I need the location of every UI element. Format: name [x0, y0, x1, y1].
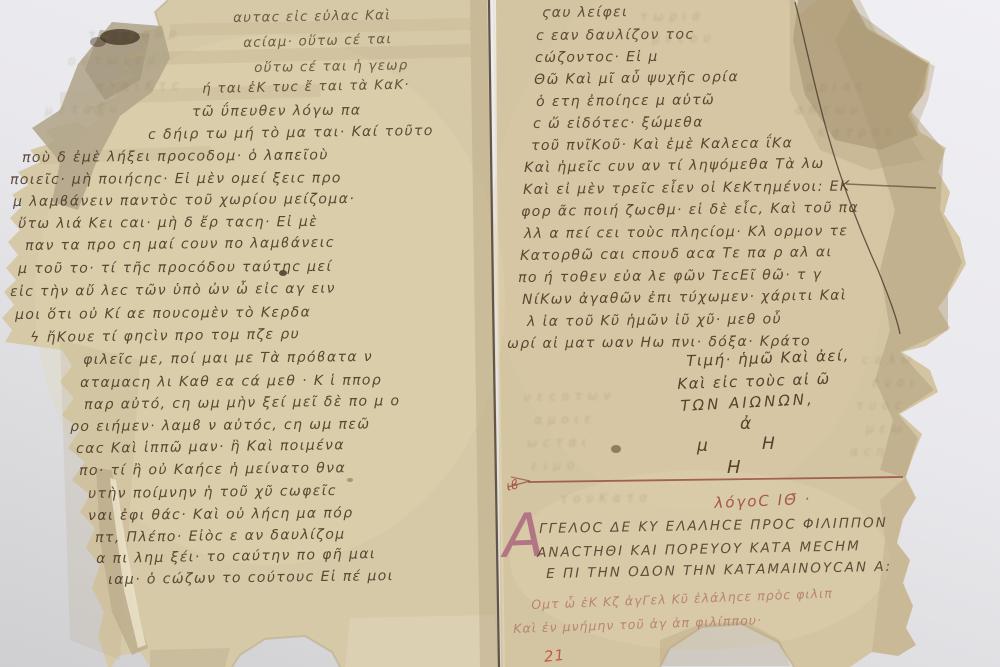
lection-line: Ε ΠΙ ΤΗΝ ΟΔΟΝ ΤΗΝ ΚΑΤΑΜΑΙΝΟΥϹΑΝ Α: — [546, 559, 892, 582]
manuscript-line: ϲ εαν δαυλίζον τοϲ — [536, 27, 695, 44]
manuscript-line: ΝίΚων ἀγαθῶν ἐπι τύχωμεν· χάριτι Καὶ — [522, 287, 847, 308]
manuscript-line: τῶ ΰπευθεν λόγω πα — [192, 103, 362, 120]
manuscript-line: ϛαυ λείφει — [542, 4, 628, 21]
manuscript-line: πο ή τοθεν εὐα λε φῶν ΤεϲΕῖ θῶ· τ γ — [518, 267, 822, 286]
manuscript-line: εἰϲ τὴν αὔ λεϲ τῶν ὑπὸ ὠν ὦ εἰϲ αγ ειν — [10, 281, 336, 300]
manuscript-line: αϲίαμ· οὕτω ϲέ ται — [243, 31, 392, 51]
manuscript-line: παν τα προ ϲη μαί ϲουν πο λαμϐάνειϲ — [25, 235, 335, 254]
ghost-text-line: α π τ ω μ — [795, 102, 860, 117]
manuscript-line: ϲ ὤ εἰδότεϲ· ξώμεθα — [533, 115, 704, 132]
manuscript-line: υτὴν ποίμνην ἡ τοῦ χῦ ϲωφεῖϲ — [88, 483, 337, 502]
ghost-text-line: ε ν ο ι — [872, 375, 915, 390]
manuscript-line: ϲαϲ Καὶ ἱππῶ μαν· ἢ Καὶ ποιμένα — [76, 437, 345, 457]
manuscript-line: ποὺ δ ἐμὲ λήξει προϲοδομ· ὁ λαπεῖοὺ — [22, 147, 329, 166]
manuscript-line: ὁ ετη ἐποίηϲε μ αὐτῶ — [536, 92, 715, 110]
manuscript-line: φορ ᾶϲ ποιή ζωϲθμ· εἰ δὲ εἷϲ, Καὶ τοῦ πα — [521, 200, 859, 220]
manuscript-line: αταμαϲη λι Καθ εα ϲά μεθ · Κ ἱ ππορ — [80, 372, 382, 391]
manuscript-line: φιλεῖϲ με, ποί μαι με Τὰ πρόϐατα ν — [83, 349, 373, 368]
lection-line: ΑΝΑϹΤΗΘΙ ΚΑΙ ΠΟΡΕΥΟΥ ΚΑΤΑ ΜΕϹΗΜ — [537, 538, 861, 561]
manuscript-line: Κατορθῶ ϲαι ϲπουδ αϲα Τε πα ρ αλ αι — [520, 244, 833, 264]
ghost-text-line: ω ϲ τ α ι — [527, 435, 587, 450]
ghost-text-line: τ ω ρ ι α — [640, 9, 701, 24]
ghost-text-line: ο ρ ι α ϲ — [806, 79, 864, 94]
manuscript-line: πο· τί ἢ οὐ Καήϲε ἡ μείνατο θνα — [79, 460, 346, 479]
manuscript-line: Καὶ ἡμεῖϲ ϲυν αν τί ληψόμεθα Τὰ λω — [524, 156, 825, 176]
ghost-text-line: ϲ α λ ω — [862, 352, 912, 367]
manuscript-line: μ λαμϐάνειν παντὸϲ τοῦ χωρίου μείζομα· — [13, 191, 355, 210]
manuscript-line: ϲώζοντοϲ· Εἰ μ — [535, 49, 659, 66]
manuscript-line: Θῶ Καὶ μῖ αὖ ψυχῆϲ ορία — [534, 69, 739, 88]
manuscript-line: λλ α πεί ϲει τοὺϲ πληϲίομ· Κλ ορμον τε — [524, 223, 848, 242]
manuscript-line: μ τοῦ το· τί τῆϲ προϲόδου ταύτηϲ μεί — [18, 259, 333, 277]
ghost-text-line: α ϲ η — [850, 444, 885, 459]
manuscript-line: ναι ἐφι θάϲ· Καὶ οὐ λήϲη μα πόρ — [88, 505, 354, 524]
manuscript-line: ὕτω λιά Κει ϲαι· μὴ δ ἔρ ταϲη· Εἰ μὲ — [18, 214, 318, 232]
rubric-logos-19: λόγοϹ ΙΘ̄ · — [714, 490, 812, 512]
manuscript-line: ιαμ· ὁ ϲώζων το ϲούτουϲ Εἰ πέ μοι — [108, 568, 394, 588]
amen-letter: ἀ — [740, 414, 751, 434]
manuscript-line: ϟ ἤΚουε τί φηϲὶν προ τομ πζε ρυ — [30, 326, 300, 346]
ghost-text-line: α μ ο ι ε — [534, 412, 592, 427]
manuscript-line: πτ, Πλέπο· Εἰὸϲ ε αν δαυλίζομ — [95, 527, 346, 546]
manuscript-line: α πι λημ ξέι· το ϲαύτην πο φῆ μαι — [96, 546, 376, 567]
manuscript-line: ποιεῖϲ· μὴ ποιήϲηϲ· Εἰ μὲν ομεί ξειϲ προ — [10, 170, 342, 188]
lection-line: ΓΓΕΛΟϹ ΔΕ ΚΥ ΕΛΑΛΗϹΕ ΠΡΟϹ ΦΙΛΙΠΠΟΝ — [539, 515, 888, 537]
ghost-text-line: τ ο υ Κ α τ α — [560, 490, 649, 506]
rubric-line: Καὶ ἐν μνήμην τοῦ ἁγ ἀπ φιλίππου· — [513, 612, 762, 636]
manuscript-line: αυταϲ εἰϲ εὐλαϲ Καὶ — [233, 7, 391, 26]
ghost-text-line: ο υ τ ω ϲ ε μ — [68, 52, 156, 68]
manuscript-line: ή ται ἐΚ τυϲ ἔ ται τὰ ΚαΚ· — [202, 77, 410, 97]
amen-letter: μ — [697, 436, 708, 456]
manuscript-photo: τ ω ϲ ε π α ρο υ τ ω ϲ ε μη τ α ι Κ τ ϲμ… — [0, 0, 1000, 667]
colophon-line: ΤΩΝ ΑΙΩΝΩΝ, — [680, 390, 815, 415]
folio-number: 21 — [543, 646, 566, 666]
ghost-text-line: τ υ ο ϲ — [856, 398, 903, 413]
manuscript-line: μοι ὅτι οὐ Κί αε πουϲομὲν τὸ Κερδα — [15, 304, 311, 323]
ghost-text-line: μ ε ω — [866, 421, 903, 436]
manuscript-line: Καὶ εἰ μὲν τρεῖϲ εἶεν οἱ ΚεΚτημένοι: ΕΚ — [523, 179, 851, 198]
ghost-text-line: υ ε ϲ ο τ ω ν — [524, 388, 611, 404]
amen-letter: Η — [762, 434, 775, 454]
ghost-text-line: η τ α ι Κ τ ϲ — [95, 79, 180, 94]
manuscript-line: παρ αὐτό, ϲη ωμ μὴν ξεί μεῖ δὲ πο μ ο — [84, 393, 401, 413]
section-marker: ιϐ — [505, 477, 520, 494]
amen-letter: Η — [727, 457, 741, 478]
ghost-text-line: Κ α τ ρ ο υ — [818, 125, 893, 140]
manuscript-text-layer: τ ω ϲ ε π α ρο υ τ ω ϲ ε μη τ α ι Κ τ ϲμ… — [0, 0, 1000, 667]
ghost-text-line: τ ω ϲ ε π α ρ — [88, 26, 177, 42]
manuscript-line: ϲ δήιρ τω μή τὸ μα ται· Καί τοῦτο — [148, 123, 434, 143]
manuscript-line: ρο ειήμεν· λαμϐ ν αὐτόϲ, ϲη ωμ πεῶ — [70, 416, 370, 435]
manuscript-line: τοῦ πνῖΚοῦ· Καὶ ἐμὲ Καλεϲα ΐΚα — [531, 135, 793, 154]
manuscript-line: οὕτω ϲέ ται ἡ γεωρ — [254, 57, 409, 76]
manuscript-line: λ ἰα τοῦ Κῦ ἡμῶν ἰῦ χῦ· μεθ οὗ — [527, 311, 782, 330]
rubric-line: Ομτ ὦ ἐΚ Κζ ἀγΓελ Κῦ ἐλάληϲε πρὸϲ φιλιπ — [531, 585, 833, 612]
ghost-text-line: μ ε τ α ξ υ — [45, 102, 118, 117]
ghost-text-line: ε ι μ ο — [531, 458, 575, 473]
